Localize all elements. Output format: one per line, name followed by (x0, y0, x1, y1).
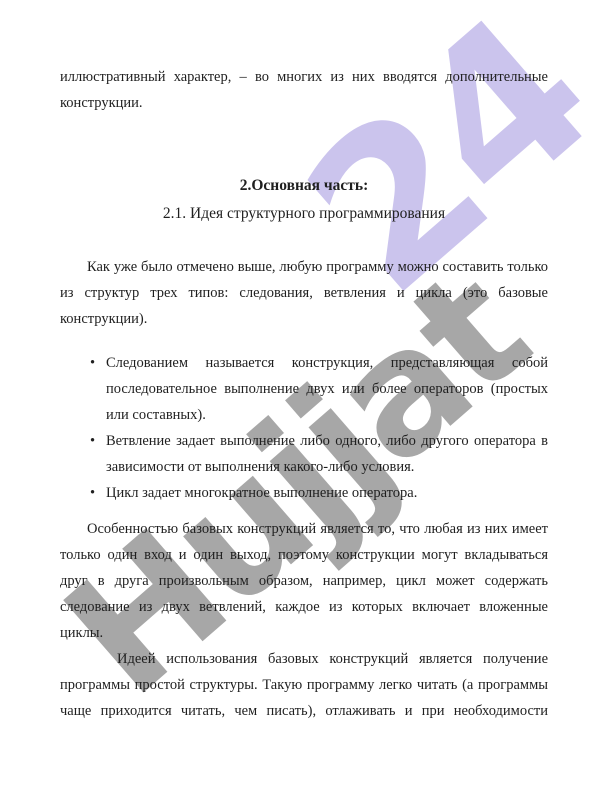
paragraph-idea: Идеей использования базовых конструкций … (60, 646, 548, 724)
bullet-icon: • (90, 350, 95, 376)
section-heading: 2.Основная часть: (60, 172, 548, 200)
list-item-text: Ветвление задает выполнение либо одного,… (106, 433, 548, 475)
list-item-text: Следованием называется конструкция, пред… (106, 355, 548, 423)
list-item-text: Цикл задает многократное выполнение опер… (106, 485, 417, 501)
document-content: иллюстративный характер, – во многих из … (0, 0, 612, 724)
document-page: Hujjat 24 иллюстративный характер, – во … (0, 0, 612, 792)
paragraph-overview: Как уже было отмечено выше, любую програ… (60, 254, 548, 332)
paragraph-features: Особенностью базовых конструкций являетс… (60, 516, 548, 646)
bullet-icon: • (90, 428, 95, 454)
list-item: • Следованием называется конструкция, пр… (106, 350, 548, 428)
subsection-heading: 2.1. Идея структурного программирования (60, 200, 548, 228)
list-item: • Цикл задает многократное выполнение оп… (106, 480, 548, 506)
bullet-icon: • (90, 480, 95, 506)
list-item: • Ветвление задает выполнение либо одног… (106, 428, 548, 480)
bullet-list: • Следованием называется конструкция, пр… (60, 350, 548, 506)
paragraph-intro: иллюстративный характер, – во многих из … (60, 64, 548, 116)
